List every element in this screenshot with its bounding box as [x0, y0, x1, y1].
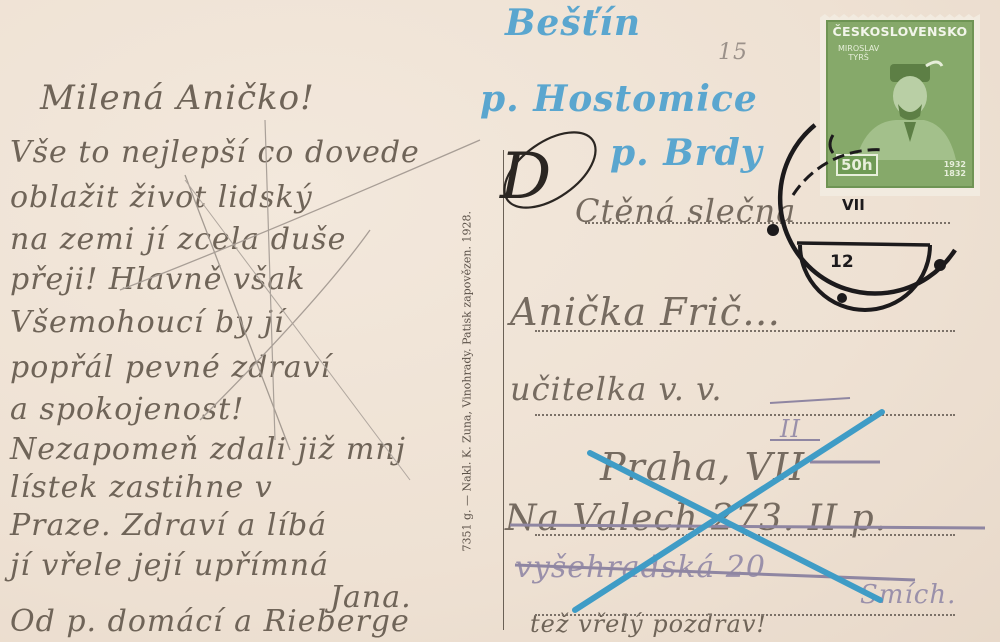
address-line-6: vyšehradská 20 — [515, 550, 766, 585]
stamp-year-top: 1932 — [944, 160, 966, 169]
address-line-3: učitelka v. v. — [510, 370, 723, 408]
address-line-2: Anička Frič… — [510, 290, 781, 334]
portrait-icon — [876, 50, 946, 160]
stamp-years: 1932 1832 — [944, 160, 966, 178]
message-line-2: Vše to nejlepší co dovede — [10, 135, 420, 170]
stamp-value: 50h — [836, 154, 878, 176]
message-line-7: popřál pevné zdraví — [10, 350, 331, 385]
stamp-name-last: TYRŠ — [838, 53, 879, 62]
message-line-9: Nezapomeň zdali již mnj — [10, 432, 406, 467]
address-note: Smích. — [860, 580, 956, 610]
address-district-correction: II — [780, 415, 801, 443]
message-line-1: Milená Aničko! — [40, 78, 315, 118]
message-line-5: přeji! Hlavně však — [10, 262, 305, 297]
address-dotted-line-5 — [535, 614, 955, 616]
message-line-8: a spokojenost! — [10, 392, 244, 427]
address-line-5: Na Valech 273. II p. — [505, 498, 887, 539]
center-divider-line — [503, 150, 504, 630]
address-line-1: Ctěná slečna — [575, 192, 796, 230]
stamp-portrait-name: MIROSLAV TYRŠ — [838, 44, 879, 62]
postage-stamp: ČESKOSLOVENSKO MIROSLAV TYRŠ 50h 1932 18… — [820, 14, 980, 196]
message-line-4: na zemi jí zcela duše — [10, 222, 346, 257]
publisher-imprint: 7351 g. — Nakl. K. Zuna, Vinohrady. Pati… — [461, 222, 474, 552]
postmark-month: VII — [842, 196, 865, 214]
postcard: Milená Aničko! Vše to nejlepší co dovede… — [0, 0, 1000, 642]
address-dotted-line-3 — [535, 414, 955, 416]
redirect-line-1: Bešťín — [505, 2, 641, 44]
message-line-3: oblažit život lidský — [10, 180, 313, 215]
address-initial-D: D — [500, 140, 552, 214]
stamp-year-bottom: 1832 — [944, 169, 966, 178]
message-line-10: lístek zastihne v — [10, 470, 273, 505]
stamp-frame: ČESKOSLOVENSKO MIROSLAV TYRŠ 50h 1932 18… — [826, 20, 974, 188]
message-line-6: Všemohoucí by jí — [10, 305, 285, 340]
redirect-line-2: p. Hostomice — [480, 78, 758, 120]
address-line-4: Praha, VII — [600, 445, 805, 489]
postmark-day: 12 — [830, 252, 854, 272]
stamp-country: ČESKOSLOVENSKO — [828, 24, 972, 39]
redirect-amount: 15 — [718, 40, 748, 65]
stamp-name-first: MIROSLAV — [838, 44, 879, 53]
message-line-13: Od p. domácí a Rieberge — [10, 604, 410, 639]
message-line-11: Praze. Zdraví a líbá — [10, 508, 327, 543]
message-line-12: jí vřele její upřímná — [10, 548, 329, 583]
redirect-line-3: p. Brdy — [610, 132, 763, 174]
